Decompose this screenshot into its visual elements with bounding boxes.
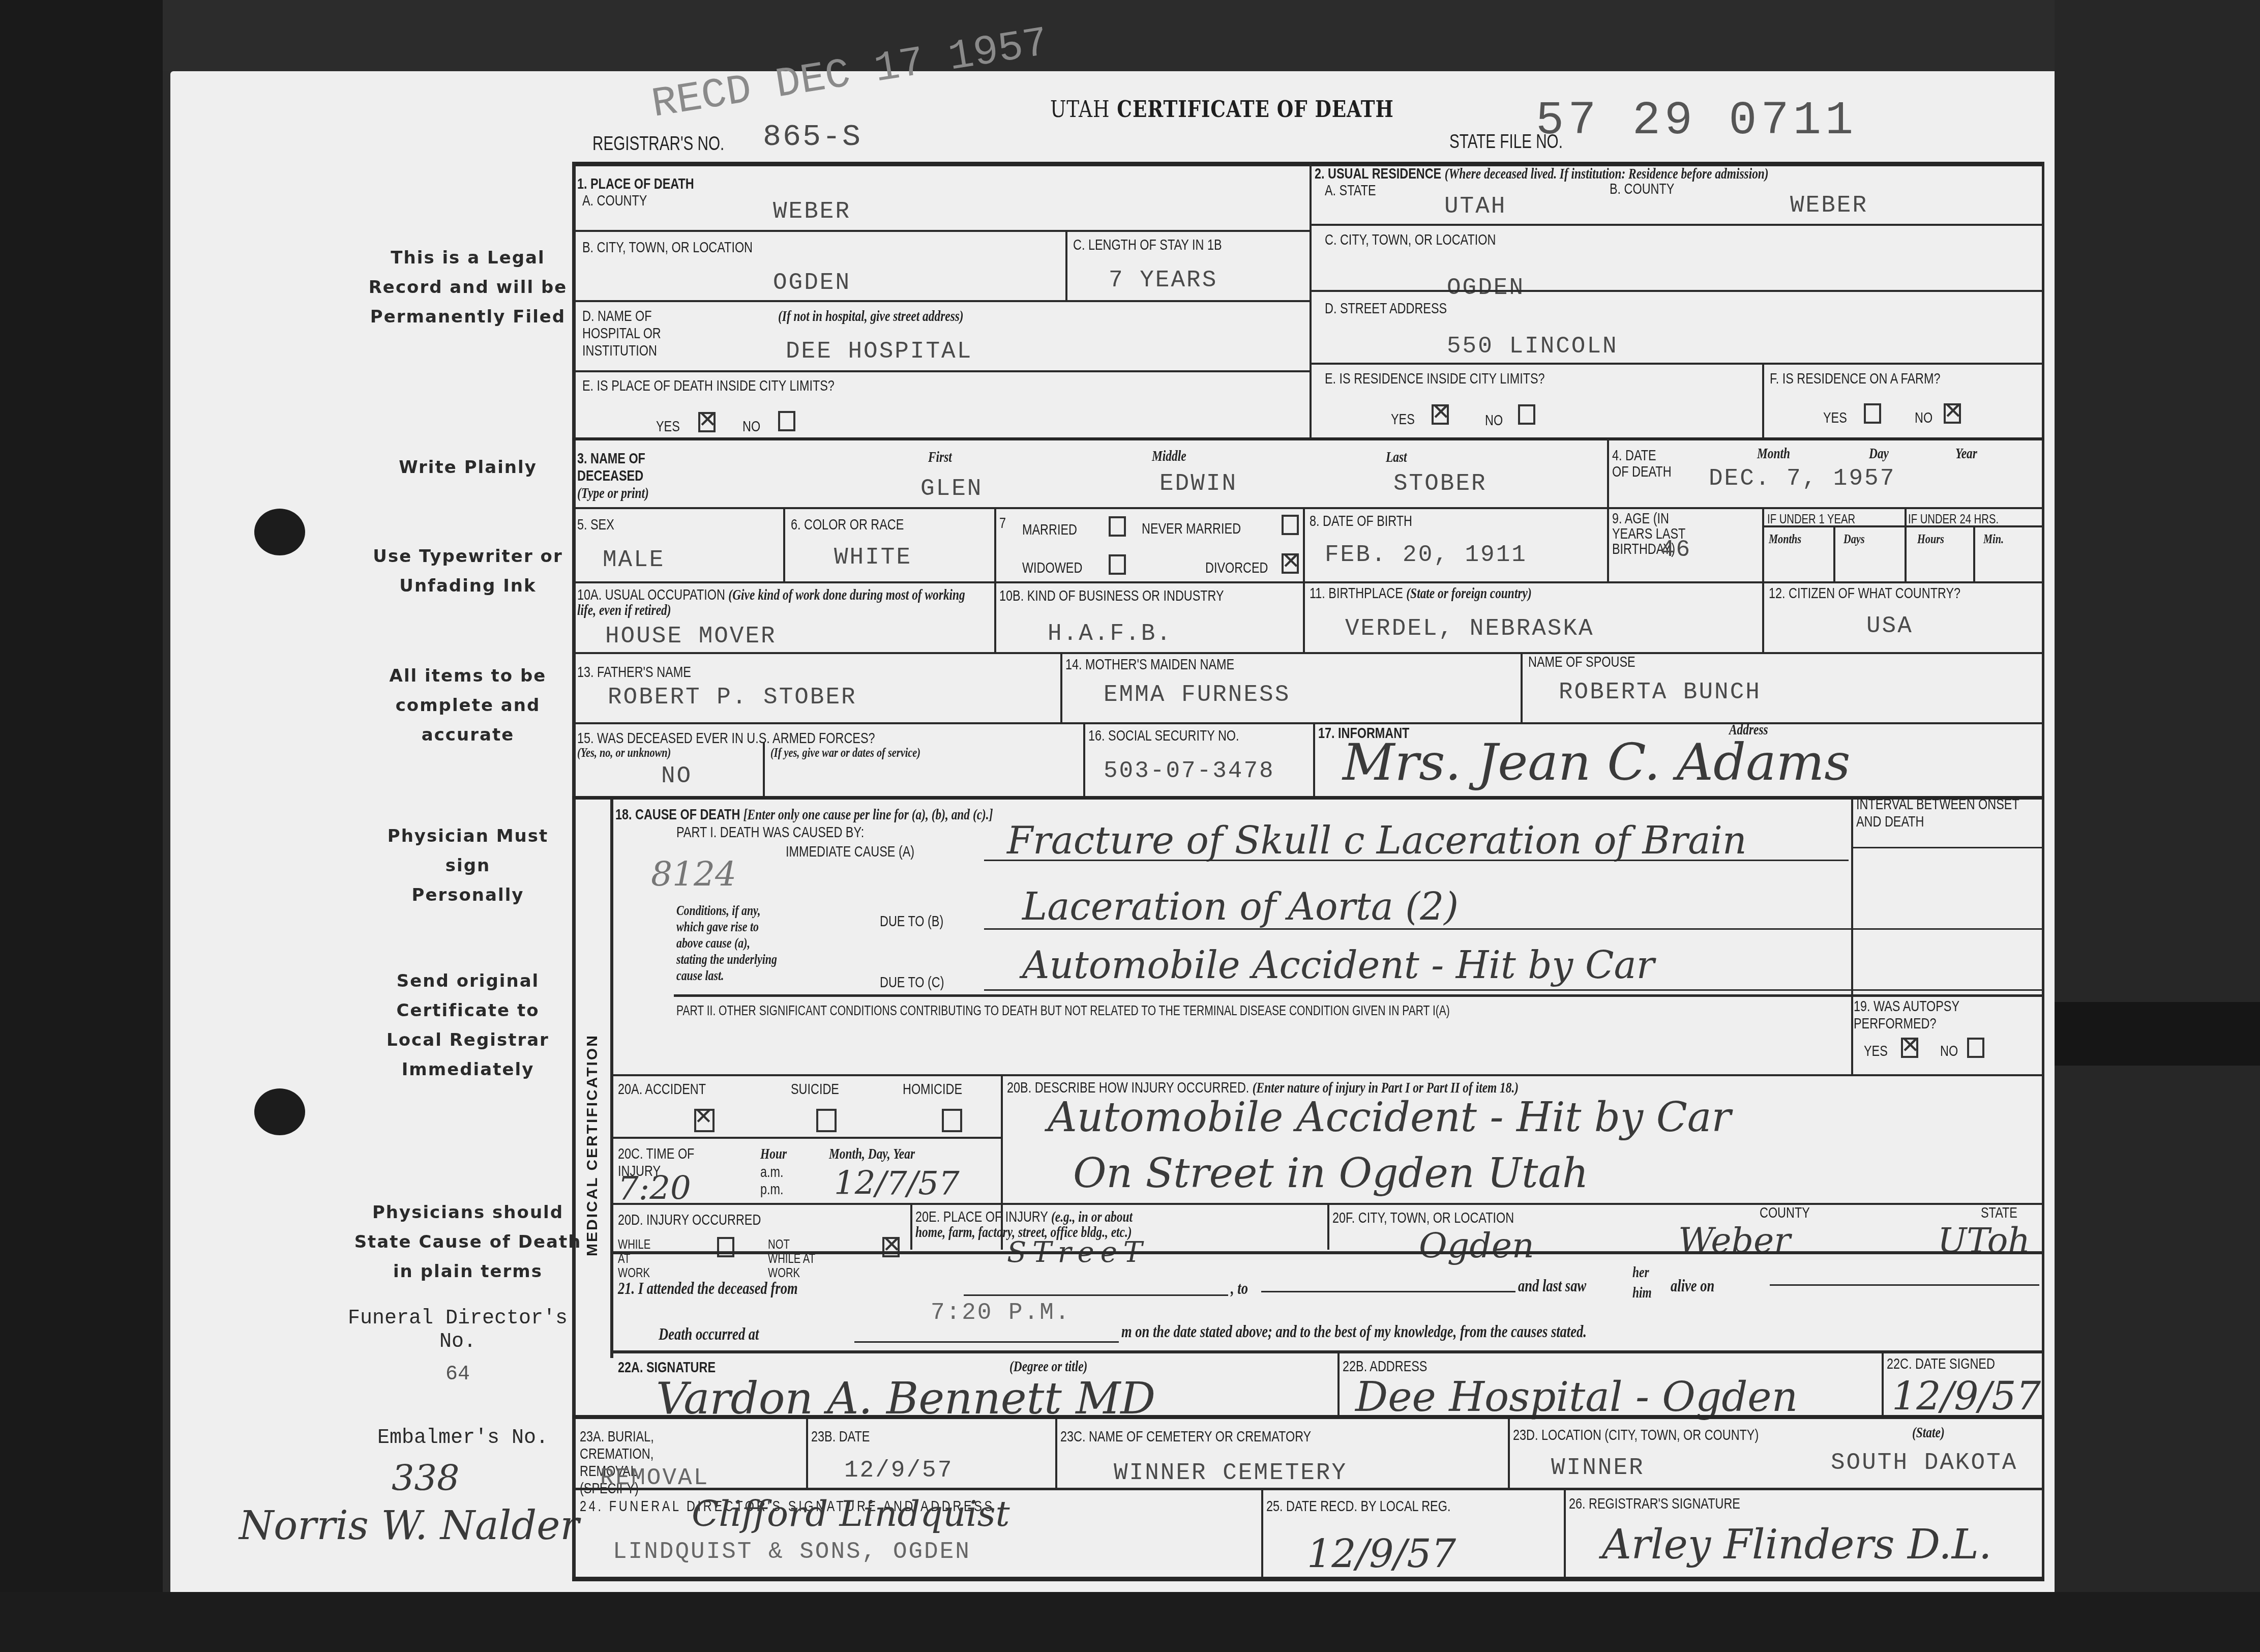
- rule: [854, 1341, 1119, 1343]
- certificate-title: UTAH CERTIFICATE OF DEATH: [1050, 97, 1394, 123]
- punch-hole-top: [254, 509, 305, 555]
- rule: [994, 507, 996, 582]
- rule: [984, 928, 2042, 930]
- location-state-hint: (State): [1912, 1424, 1945, 1441]
- scanner-background-top: [163, 0, 2260, 71]
- hours-label: Hours: [1917, 532, 1944, 547]
- location-state[interactable]: SOUTH DAKOTA: [1831, 1450, 2017, 1476]
- birthplace-label: 11. BIRTHPLACE (State or foreign country…: [1310, 585, 1532, 602]
- divorced-label: DIVORCED: [1205, 559, 1268, 577]
- scanner-background-bottom: [0, 1592, 2260, 1652]
- rule: [1851, 799, 1853, 1076]
- divider-1-2: [1310, 162, 1312, 439]
- burial-date[interactable]: 12/9/57: [844, 1457, 953, 1484]
- mother-label: 14. MOTHER'S MAIDEN NAME: [1065, 656, 1234, 673]
- occupation[interactable]: HOUSE MOVER: [605, 623, 777, 650]
- embalmer-signature: Norris W. Nalder: [239, 1503, 579, 1549]
- attended-label: 21. I attended the deceased from: [618, 1279, 798, 1299]
- registrars-no: 865-S: [763, 120, 862, 155]
- injury-county-label: COUNTY: [1760, 1204, 1810, 1222]
- him-label: him: [1632, 1284, 1652, 1302]
- rule: [1055, 1419, 1057, 1488]
- res-inside-no-checkbox[interactable]: [1518, 404, 1535, 425]
- father-label: 13. FATHER'S NAME: [577, 664, 691, 681]
- rule: [806, 1419, 808, 1488]
- autopsy-no-label: NO: [1940, 1043, 1958, 1060]
- rule: [1310, 224, 2042, 226]
- state-file-no: 57 29 0711: [1536, 94, 1857, 147]
- medical-certification-label: MEDICAL CERTIFICATION: [584, 1034, 601, 1256]
- describe-injury-line1[interactable]: Automobile Accident - Hit by Car: [1048, 1094, 1731, 1141]
- rule: [1261, 1291, 1515, 1292]
- rule: [910, 1203, 912, 1250]
- rule: [1607, 439, 1609, 508]
- due-to-b-label: DUE TO (b): [880, 913, 943, 930]
- pod-stay[interactable]: 7 YEARS: [1109, 267, 1217, 293]
- degree-label: (Degree or title): [1009, 1358, 1087, 1375]
- pod-inside-limits-label: e. IS PLACE OF DEATH INSIDE CITY LIMITS?: [582, 377, 835, 395]
- her-label: her: [1632, 1264, 1649, 1281]
- armed-forces-label: 15. WAS DECEASED EVER IN U.S. ARMED FORC…: [577, 730, 875, 747]
- month-label: Month: [1757, 445, 1790, 462]
- rule: [1261, 1490, 1263, 1577]
- min-label: Min.: [1983, 532, 2004, 547]
- rule: [1882, 1350, 1884, 1417]
- mother-name[interactable]: EMMA FURNESS: [1104, 682, 1290, 708]
- funeral-director[interactable]: LINDQUIST & SONS, OGDEN: [613, 1539, 971, 1565]
- marital-label: 7: [999, 515, 1006, 532]
- rule: [1762, 363, 1764, 439]
- date-of-death-label: 4. DATE OF DEATH: [1612, 448, 1676, 480]
- cemetery[interactable]: WINNER CEMETERY: [1114, 1460, 1347, 1486]
- am-label: a.m.: [760, 1164, 784, 1181]
- rule: [1833, 525, 1835, 582]
- homicide-label: HOMICIDE: [903, 1081, 962, 1098]
- age[interactable]: 46: [1660, 537, 1691, 563]
- rule: [572, 1415, 2044, 1419]
- not-while-at-work-label: NOT WHILE AT WORK: [768, 1237, 819, 1280]
- months-label: Months: [1769, 532, 1801, 547]
- residence-heading: 2. USUAL RESIDENCE (Where deceased lived…: [1315, 165, 1769, 183]
- last-label: Last: [1386, 449, 1407, 466]
- rule: [1337, 1350, 1340, 1417]
- res-county[interactable]: WEBER: [1790, 192, 1868, 219]
- cemetery-label: 23c. NAME OF CEMETERY OR CREMATORY: [1060, 1428, 1311, 1445]
- pm-label: p.m.: [760, 1181, 784, 1198]
- rule: [572, 300, 1310, 302]
- registrar-signature[interactable]: Arley Flinders D.L.: [1602, 1521, 1991, 1568]
- res-city[interactable]: OGDEN: [1447, 275, 1525, 301]
- birthplace[interactable]: VERDEL, NEBRASKA: [1345, 615, 1594, 642]
- title-text: CERTIFICATE OF DEATH: [1117, 97, 1393, 123]
- rule: [613, 1350, 2042, 1353]
- funeral-director-signature[interactable]: Clifford Lindquist: [692, 1493, 1010, 1535]
- embalmer-no-label: Embalmer's No.: [351, 1427, 575, 1450]
- rule: [1310, 363, 2042, 365]
- injury-state-label: STATE: [1981, 1204, 2017, 1222]
- res-state-label: a. STATE: [1325, 182, 1376, 199]
- part2-label: PART II. OTHER SIGNIFICANT CONDITIONS CO…: [676, 1003, 1450, 1019]
- date-recd-label: 25. DATE RECD. BY LOCAL REG.: [1266, 1498, 1450, 1515]
- never-married-label: NEVER MARRIED: [1142, 520, 1241, 538]
- rule: [572, 722, 2044, 724]
- armed-forces-service-hint: (If yes, give war or dates of service): [770, 745, 920, 760]
- rule: [964, 1294, 1228, 1296]
- days-label: Days: [1843, 532, 1865, 547]
- armed-forces[interactable]: NO: [661, 763, 692, 789]
- rule: [613, 1137, 1001, 1139]
- rule: [783, 507, 785, 582]
- day-label: Day: [1869, 445, 1889, 462]
- rule: [1310, 290, 2042, 292]
- residence-hint: (Where deceased lived. If institution: R…: [1445, 165, 1769, 182]
- margin-note-complete: All items to be complete and accurate: [366, 661, 570, 750]
- pod-yes-label: YES: [656, 418, 680, 435]
- res-no-label: NO: [1485, 412, 1503, 429]
- form-left-border: [572, 162, 576, 1581]
- pod-hospital-hint: (If not in hospital, give street address…: [778, 308, 964, 325]
- industry[interactable]: H.A.F.B.: [1048, 621, 1172, 647]
- res-farm-yes-label: YES: [1823, 409, 1847, 427]
- widowed-label: WIDOWED: [1022, 559, 1082, 577]
- while-at-work-label: WHILE AT WORK: [618, 1237, 662, 1280]
- cause-of-death-label: 18. CAUSE OF DEATH [Enter only one cause…: [615, 806, 993, 823]
- pod-inside-yes-checkbox[interactable]: [698, 412, 716, 432]
- first-label: First: [928, 449, 952, 466]
- conditions-hint: Conditions, if any, which gave rise to a…: [676, 903, 780, 984]
- citizen-label: 12. CITIZEN OF WHAT COUNTRY?: [1769, 585, 1960, 602]
- rule: [1762, 525, 2042, 527]
- injury-city-label: 20f. CITY, TOWN, OR LOCATION: [1332, 1209, 1514, 1227]
- married-checkbox[interactable]: [1109, 516, 1126, 537]
- rule: [1770, 1284, 2039, 1286]
- rule: [994, 581, 996, 653]
- rule: [1607, 507, 1609, 582]
- registrar-signature-label: 26. REGISTRAR'S SIGNATURE: [1569, 1495, 1740, 1513]
- never-married-checkbox[interactable]: [1282, 515, 1299, 535]
- rule: [1521, 652, 1523, 723]
- pod-county-label: a. COUNTY: [582, 192, 647, 210]
- father-name[interactable]: ROBERT P. STOBER: [608, 684, 857, 711]
- not-while-at-work-checkbox[interactable]: [882, 1237, 900, 1257]
- res-county-label: b. COUNTY: [1610, 181, 1674, 198]
- physician-address-label: 22b. ADDRESS: [1343, 1358, 1427, 1375]
- industry-label: 10b. KIND OF BUSINESS OR INDUSTRY: [999, 587, 1224, 605]
- rule: [1313, 722, 1315, 796]
- rule: [572, 652, 2044, 654]
- rule: [572, 796, 2044, 800]
- res-farm-yes-checkbox[interactable]: [1864, 403, 1881, 424]
- last-saw-label: and last saw: [1518, 1277, 1586, 1296]
- informant-signature[interactable]: Mrs. Jean C. Adams: [1343, 732, 1851, 792]
- deceased-first-name[interactable]: GLEN: [920, 476, 983, 502]
- widowed-checkbox[interactable]: [1109, 554, 1126, 575]
- injury-county[interactable]: Weber: [1678, 1221, 1791, 1261]
- res-farm-no-checkbox[interactable]: [1944, 403, 1961, 424]
- margin-note-write-plainly: Write Plainly: [366, 453, 570, 482]
- pod-city[interactable]: OGDEN: [773, 270, 851, 296]
- armed-forces-hint: (Yes, no, or unknown): [577, 745, 671, 760]
- dob-label: 8. DATE OF BIRTH: [1310, 513, 1412, 530]
- margin-note-physician-sign: Physician Must sign Personally: [386, 821, 549, 910]
- margin-note-send-original: Send original Certificate to Local Regis…: [386, 966, 549, 1084]
- death-time[interactable]: 7:20 P.M.: [931, 1300, 1070, 1326]
- under-1-year-label: IF UNDER 1 YEAR: [1767, 511, 1855, 527]
- location-city[interactable]: WINNER: [1551, 1455, 1645, 1481]
- married-label: MARRIED: [1022, 521, 1077, 539]
- attended-to-label: , to: [1231, 1279, 1248, 1299]
- injury-date[interactable]: 12/7/57: [834, 1165, 960, 1202]
- title-state: UTAH: [1050, 97, 1110, 123]
- part1-label: PART I. DEATH WAS CAUSED BY:: [676, 824, 864, 841]
- mdy-label: Month, Day, Year: [829, 1145, 915, 1163]
- middle-label: Middle: [1152, 448, 1186, 465]
- suicide-label: SUICIDE: [791, 1081, 839, 1098]
- injury-city[interactable]: Ogden: [1419, 1226, 1534, 1266]
- rule: [1508, 1419, 1510, 1488]
- citizen[interactable]: USA: [1866, 613, 1913, 639]
- funeral-director-no: 64: [417, 1363, 498, 1386]
- pod-inside-no-checkbox[interactable]: [778, 411, 795, 431]
- alive-on-label: alive on: [1671, 1277, 1714, 1296]
- res-farm-no-label: NO: [1915, 409, 1932, 427]
- res-city-label: c. CITY, TOWN, OR LOCATION: [1325, 231, 1496, 249]
- form-top-border: [572, 162, 2044, 166]
- rule: [613, 1251, 2042, 1254]
- location-label: 23d. LOCATION (City, town, or county): [1513, 1427, 1759, 1444]
- divorced-checkbox[interactable]: [1282, 553, 1299, 574]
- pod-hospital[interactable]: DEE HOSPITAL: [786, 338, 972, 365]
- burial-date-label: 23b. DATE: [811, 1428, 870, 1445]
- suicide-checkbox[interactable]: [816, 1109, 837, 1132]
- year-label: Year: [1955, 445, 1977, 462]
- rule: [1083, 722, 1085, 796]
- rule: [984, 989, 2042, 991]
- rule: [1851, 847, 2042, 848]
- due-to-c[interactable]: Automobile Accident - Hit by Car: [1022, 943, 1654, 987]
- rule: [572, 1488, 2044, 1490]
- birthplace-hint: (State or foreign country): [1406, 585, 1531, 602]
- homicide-checkbox[interactable]: [942, 1109, 962, 1132]
- physician-address[interactable]: Dee Hospital - Ogden: [1355, 1373, 1798, 1421]
- rule: [674, 994, 2042, 997]
- rule: [572, 507, 2044, 509]
- autopsy-no-checkbox[interactable]: [1967, 1038, 1984, 1058]
- injury-occurred-label: 20d. INJURY OCCURRED: [618, 1212, 761, 1229]
- immediate-cause[interactable]: Fracture of Skull c Laceration of Brain: [1007, 819, 1747, 863]
- accident-label: 20a. ACCIDENT: [618, 1081, 706, 1098]
- rule: [1762, 507, 1764, 582]
- sex[interactable]: MALE: [603, 547, 665, 573]
- pod-city-label: b. CITY, TOWN, OR LOCATION: [582, 239, 753, 256]
- margin-note-legal-record: This is a Legal Record and will be Perma…: [366, 243, 570, 332]
- rule: [1564, 1490, 1566, 1577]
- form-right-border: [2042, 162, 2044, 1581]
- form-bottom-border: [572, 1577, 2044, 1581]
- cause-hint: [Enter only one cause per line for (a), …: [744, 806, 993, 823]
- time-of-injury[interactable]: 7:20: [618, 1170, 691, 1207]
- cause-code: 8124: [651, 854, 736, 894]
- rule: [572, 230, 1310, 232]
- scanner-band: [2055, 1002, 2260, 1066]
- res-state[interactable]: UTAH: [1444, 193, 1506, 220]
- res-street[interactable]: 550 LINCOLN: [1447, 333, 1618, 360]
- death-occurred-label: Death occurred at: [659, 1325, 759, 1344]
- race[interactable]: WHITE: [834, 544, 912, 571]
- hour-label: Hour: [760, 1145, 787, 1163]
- spouse-name[interactable]: ROBERTA BUNCH: [1559, 679, 1761, 705]
- occupation-label: 10a. USUAL OCCUPATION (Give kind of work…: [577, 587, 974, 618]
- pod-county[interactable]: WEBER: [773, 198, 851, 225]
- pod-hospital-label: d. NAME OF HOSPITAL OR INSTITUTION: [582, 308, 670, 360]
- describe-injury-line2[interactable]: On Street in Ogden Utah: [1073, 1149, 1589, 1197]
- rule: [763, 743, 765, 796]
- res-inside-yes-checkbox[interactable]: [1432, 404, 1449, 425]
- under-24-hrs-label: IF UNDER 24 HRS.: [1908, 511, 1999, 527]
- res-street-label: d. STREET ADDRESS: [1325, 300, 1447, 317]
- immediate-cause-label: IMMEDIATE CAUSE (a): [786, 843, 914, 861]
- ssn[interactable]: 503-07-3478: [1104, 758, 1275, 784]
- ssn-label: 16. SOCIAL SECURITY NO.: [1088, 727, 1239, 745]
- res-farm-label: f. IS RESIDENCE ON A FARM?: [1770, 370, 1940, 388]
- autopsy-yes-label: YES: [1864, 1043, 1888, 1060]
- sex-label: 5. SEX: [577, 516, 614, 534]
- rule: [984, 860, 1849, 861]
- pod-stay-label: c. LENGTH OF STAY IN 1b: [1073, 237, 1222, 254]
- rule: [1303, 507, 1305, 582]
- rule: [1303, 581, 1305, 653]
- date-signed-label: 22c. DATE SIGNED: [1887, 1355, 1995, 1373]
- date-recd[interactable]: 12/9/57: [1307, 1531, 1456, 1576]
- funeral-director-no-label: Funeral Director's No.: [346, 1307, 570, 1354]
- race-label: 6. COLOR OR RACE: [791, 516, 904, 534]
- res-yes-label: YES: [1391, 411, 1415, 428]
- due-to-c-label: DUE TO (c): [880, 974, 944, 991]
- deceased-last-name[interactable]: STOBER: [1393, 470, 1487, 497]
- date-of-death[interactable]: DEC. 7, 1957: [1709, 465, 1895, 492]
- margin-note-typewriter: Use Typewriter or Unfading Ink: [356, 542, 580, 601]
- rule: [1905, 507, 1907, 582]
- rule: [572, 437, 2044, 440]
- rule: [1065, 230, 1067, 300]
- while-at-work-checkbox[interactable]: [717, 1237, 734, 1257]
- date-of-birth[interactable]: FEB. 20, 1911: [1325, 542, 1527, 568]
- rule: [613, 1074, 2042, 1076]
- deceased-name-label: 3. NAME OF DECEASED(Type or print): [577, 450, 680, 502]
- due-to-b[interactable]: Laceration of Aorta (2): [1022, 885, 1459, 929]
- rule: [1762, 581, 1764, 653]
- rule: [1060, 652, 1062, 723]
- res-inside-limits-label: e. IS RESIDENCE INSIDE CITY LIMITS?: [1325, 370, 1545, 388]
- death-occurred-text: m on the date stated above; and to the b…: [1121, 1322, 1587, 1342]
- place-of-death-heading: 1. PLACE OF DEATH: [577, 175, 694, 193]
- autopsy-label: 19. WAS AUTOPSY PERFORMED?: [1854, 998, 1984, 1032]
- place-of-injury-label: 20e. PLACE OF INJURY (e.g., in or about …: [915, 1209, 1138, 1240]
- rule: [572, 581, 2044, 583]
- injury-state[interactable]: UToh: [1938, 1221, 2030, 1261]
- spouse-label: NAME OF SPOUSE: [1528, 654, 1635, 671]
- pod-no-label: NO: [742, 418, 760, 435]
- margin-note-cause-plain: Physicians should State Cause of Death i…: [346, 1198, 590, 1286]
- date-signed[interactable]: 12/9/57: [1892, 1373, 2041, 1419]
- deceased-middle-name[interactable]: EDWIN: [1159, 470, 1237, 497]
- autopsy-yes-checkbox[interactable]: [1901, 1038, 1918, 1058]
- rule: [1973, 525, 1975, 582]
- interval-label: INTERVAL BETWEEN ONSET AND DEATH: [1856, 796, 2023, 831]
- rule: [572, 370, 1310, 372]
- embalmer-no: 338: [392, 1457, 460, 1499]
- name-hint: (Type or print): [577, 485, 649, 501]
- punch-hole-bottom: [254, 1088, 305, 1135]
- rule: [610, 799, 613, 1358]
- accident-checkbox[interactable]: [694, 1109, 715, 1132]
- registrars-no-label: REGISTRAR'S NO.: [592, 133, 724, 155]
- rule: [1327, 1203, 1329, 1250]
- scanner-background-left: [0, 0, 163, 1652]
- scanner-background-right: [2055, 0, 2260, 1652]
